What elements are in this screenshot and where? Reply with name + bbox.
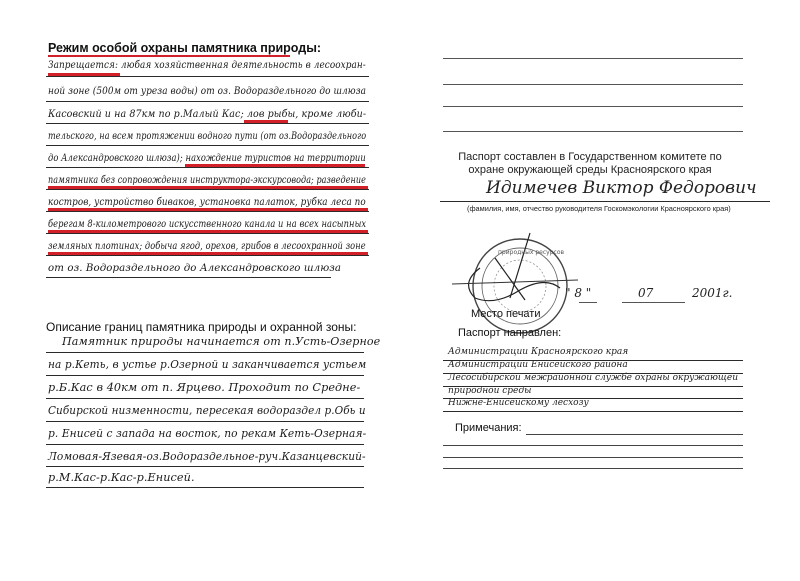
notes-line xyxy=(443,457,743,458)
highlight-underline xyxy=(48,230,368,233)
signatory-name: Идимечев Виктор Федорович xyxy=(486,178,757,198)
ruled-line xyxy=(46,277,331,278)
blank-line xyxy=(443,58,743,59)
blank-line xyxy=(443,106,743,107)
ruled-line xyxy=(443,386,743,387)
ruled-line xyxy=(46,444,364,445)
highlight-underline xyxy=(48,186,368,189)
date-month: 07 xyxy=(638,286,653,300)
ruled-line xyxy=(46,211,369,212)
ruled-line xyxy=(46,466,364,467)
regime-line: Касовский и на 87км по р.Малый Кас; лов … xyxy=(48,109,345,120)
date-day: 8 xyxy=(574,286,582,300)
sent-to-item: Нижне-Енисейскому лесхозу xyxy=(448,398,589,408)
date-year: 2001г. xyxy=(692,286,732,300)
regime-heading: Режим особой охраны памятника природы: xyxy=(48,41,321,55)
compiled-line-2: охране окружающей среды Красноярского кр… xyxy=(440,164,740,177)
date-month-line xyxy=(622,302,685,303)
sent-label: Паспорт направлен: xyxy=(458,327,561,339)
signature-line xyxy=(440,201,770,202)
boundary-line: на р.Кеть, в устье р.Озерной и заканчива… xyxy=(48,358,347,371)
boundary-line: Памятник природы начинается от п.Усть-Оз… xyxy=(62,335,377,348)
official-stamp-icon: природных ресурсов xyxy=(450,228,580,338)
boundary-line: Ломовая-Язевая-оз.Водораздельное-руч.Каз… xyxy=(48,450,349,463)
highlight-underline xyxy=(244,120,288,123)
stamp-label: Место печати xyxy=(471,308,541,320)
date-day-field: " 8 " xyxy=(565,286,591,300)
boundary-line: р.Б.Кас в 40км от п. Ярцево. Проходит по… xyxy=(48,381,366,394)
sent-to-item: Администрации Красноярского края xyxy=(448,347,628,357)
boundaries-heading: Описание границ памятника природы и охра… xyxy=(46,320,357,334)
boundary-line: р. Енисей с запада на восток, по рекам К… xyxy=(48,427,350,440)
regime-line: ной зоне (500м от уреза воды) от оз. Вод… xyxy=(48,86,326,97)
ruled-line xyxy=(46,352,364,353)
regime-line: памятника без сопровождения инструктора-… xyxy=(48,175,298,186)
regime-line: Запрещается: любая хозяйственная деятель… xyxy=(48,60,324,71)
regime-line: от оз. Водораздельного до Александровско… xyxy=(48,263,366,274)
highlight-underline xyxy=(48,208,368,211)
ruled-line xyxy=(443,373,743,374)
sent-to-item: природной среды xyxy=(448,386,531,396)
notes-line xyxy=(526,434,743,435)
regime-line: берегам 8-километрового искусственного к… xyxy=(48,219,307,230)
ruled-line xyxy=(46,189,369,190)
date-day-line xyxy=(579,302,597,303)
ruled-line xyxy=(443,411,743,412)
blank-line xyxy=(443,131,743,132)
ruled-line xyxy=(46,375,364,376)
ruled-line xyxy=(46,421,364,422)
regime-line: тельского, на всем протяжении водного пу… xyxy=(48,131,301,142)
ruled-line xyxy=(46,76,369,77)
notes-label: Примечания: xyxy=(455,422,522,434)
signatory-caption: (фамилия, имя, отчество руководителя Гос… xyxy=(467,204,731,213)
ruled-line xyxy=(46,255,369,256)
notes-line xyxy=(443,468,743,469)
highlight-underline xyxy=(185,164,365,167)
ruled-line xyxy=(443,398,743,399)
notes-line xyxy=(443,445,743,446)
highlight-underline xyxy=(48,73,120,76)
passport-spread: Режим особой охраны памятника природы: З… xyxy=(0,0,800,581)
sent-to-item: Лесосибирской межрайонной службе охраны … xyxy=(448,373,738,383)
regime-line: до Александровского шлюза); нахождение т… xyxy=(48,153,308,164)
ruled-line xyxy=(443,360,743,361)
highlight-underline xyxy=(48,252,368,255)
regime-line: костров, устройство биваков, установка п… xyxy=(48,197,322,208)
ruled-line xyxy=(46,101,369,102)
regime-line: земляных плотинах; добыча ягод, орехов, … xyxy=(48,241,305,252)
ruled-line xyxy=(46,233,369,234)
boundary-line: Сибирской низменности, пересекая водораз… xyxy=(48,404,344,417)
ruled-line xyxy=(46,167,369,168)
heading-highlight xyxy=(48,55,290,57)
sent-to-item: Администрации Енисейского района xyxy=(448,360,628,370)
compiled-line-1: Паспорт составлен в Государственном коми… xyxy=(440,151,740,164)
boundary-line: р.М.Кас-р.Кас-р.Енисей. xyxy=(48,471,366,484)
ruled-line xyxy=(46,123,369,124)
ruled-line xyxy=(46,398,364,399)
svg-text:природных ресурсов: природных ресурсов xyxy=(498,249,565,256)
ruled-line xyxy=(46,487,364,488)
blank-line xyxy=(443,84,743,85)
ruled-line xyxy=(46,145,369,146)
compiled-by-text: Паспорт составлен в Государственном коми… xyxy=(440,151,740,177)
